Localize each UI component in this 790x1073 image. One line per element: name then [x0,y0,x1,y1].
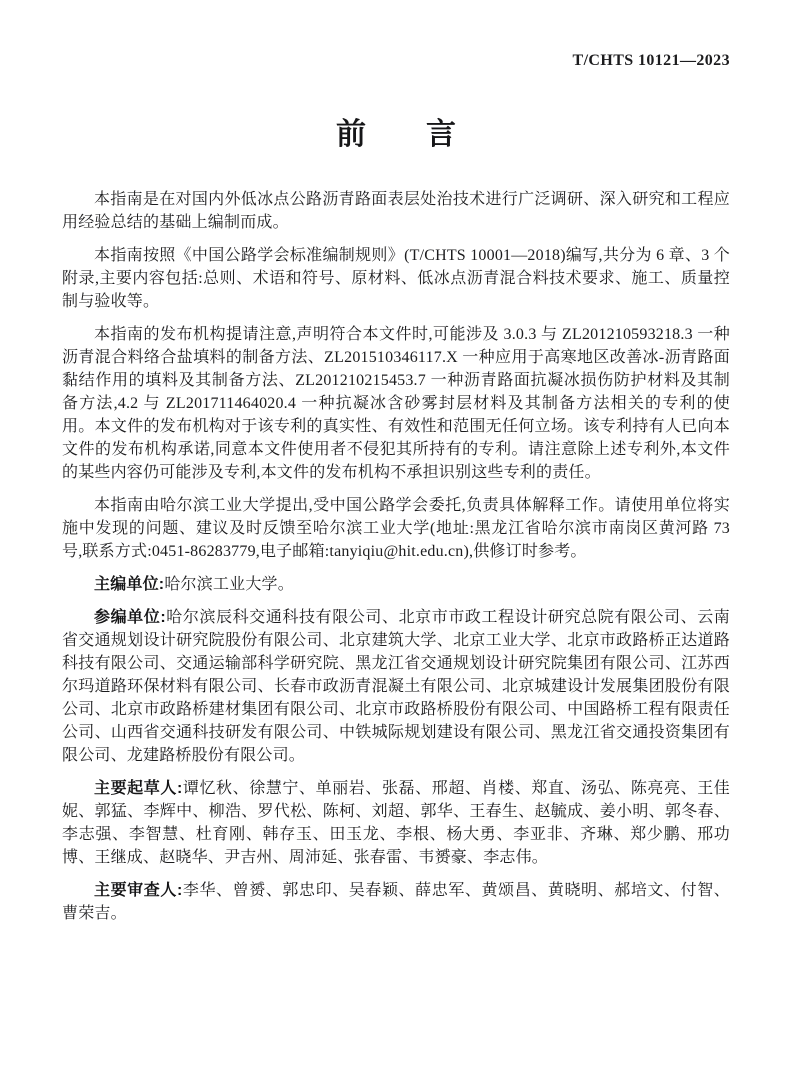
standard-foreword-page: T/CHTS 10121—2023 前 言 本指南是在对国内外低冰点公路沥青路面… [0,0,790,1073]
doc-number: T/CHTS 10121—2023 [62,52,730,70]
paragraph-structure: 本指南按照《中国公路学会标准编制规则》(T/CHTS 10001—2018)编写… [62,244,730,313]
paragraph-patent-notice: 本指南的发布机构提请注意,声明符合本文件时,可能涉及 3.0.3 与 ZL201… [62,323,730,484]
drafters-label: 主要起草人: [94,780,182,797]
chief-editor-line: 主编单位:哈尔滨工业大学。 [62,573,730,596]
co-editors-value: 哈尔滨辰科交通科技有限公司、北京市市政工程设计研究总院有限公司、云南省交通规划设… [62,609,730,764]
co-editors-label: 参编单位: [94,609,166,626]
reviewers-label: 主要审查人: [94,882,182,899]
foreword-title: 前 言 [62,118,730,152]
foreword-body: 本指南是在对国内外低冰点公路沥青路面表层处治技术进行广泛调研、深入研究和工程应用… [62,188,730,925]
drafters-line: 主要起草人:谭忆秋、徐慧宁、单丽岩、张磊、邢超、肖楼、郑直、汤弘、陈亮亮、王佳妮… [62,777,730,869]
reviewers-line: 主要审查人:李华、曾赟、郭忠印、吴春颖、薛忠军、黄颂昌、黄晓明、郝培文、付智、曹… [62,879,730,925]
paragraph-background: 本指南是在对国内外低冰点公路沥青路面表层处治技术进行广泛调研、深入研究和工程应用… [62,188,730,234]
co-editors-line: 参编单位:哈尔滨辰科交通科技有限公司、北京市市政工程设计研究总院有限公司、云南省… [62,606,730,767]
chief-editor-label: 主编单位: [94,576,164,593]
chief-editor-value: 哈尔滨工业大学。 [164,576,294,593]
paragraph-feedback: 本指南由哈尔滨工业大学提出,受中国公路学会委托,负责具体解释工作。请使用单位将实… [62,494,730,563]
